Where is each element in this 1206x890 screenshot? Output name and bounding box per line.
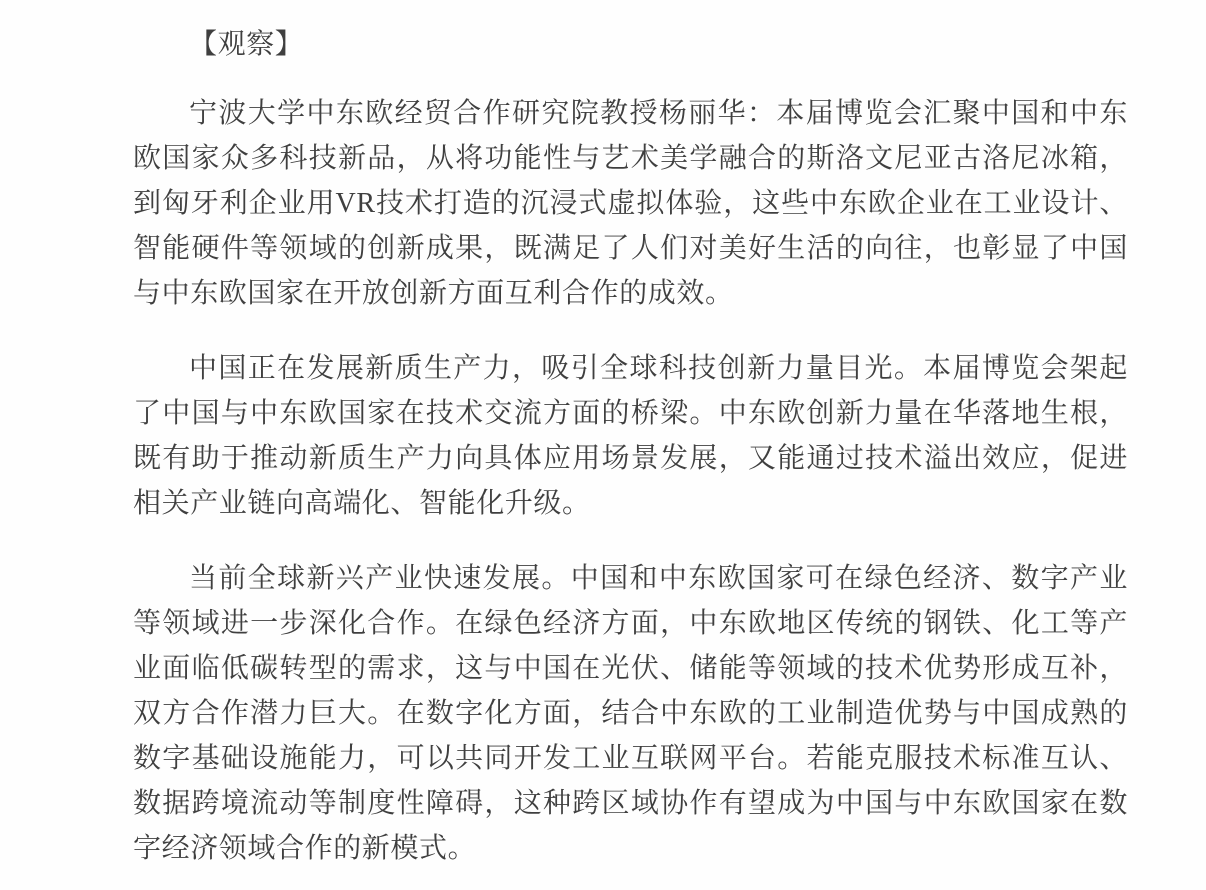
document-page: 【观察】 宁波大学中东欧经贸合作研究院教授杨丽华：本届博览会汇聚中国和中东欧国家… <box>0 0 1206 890</box>
article-body: 【观察】 宁波大学中东欧经贸合作研究院教授杨丽华：本届博览会汇聚中国和中东欧国家… <box>133 22 1128 871</box>
paragraph: 当前全球新兴产业快速发展。中国和中东欧国家可在绿色经济、数字产业等领域进一步深化… <box>133 556 1128 871</box>
paragraph: 中国正在发展新质生产力，吸引全球科技创新力量目光。本届博览会架起了中国与中东欧国… <box>133 346 1128 526</box>
paragraph: 宁波大学中东欧经贸合作研究院教授杨丽华：本届博览会汇聚中国和中东欧国家众多科技新… <box>133 91 1128 316</box>
section-title: 【观察】 <box>133 22 1128 67</box>
